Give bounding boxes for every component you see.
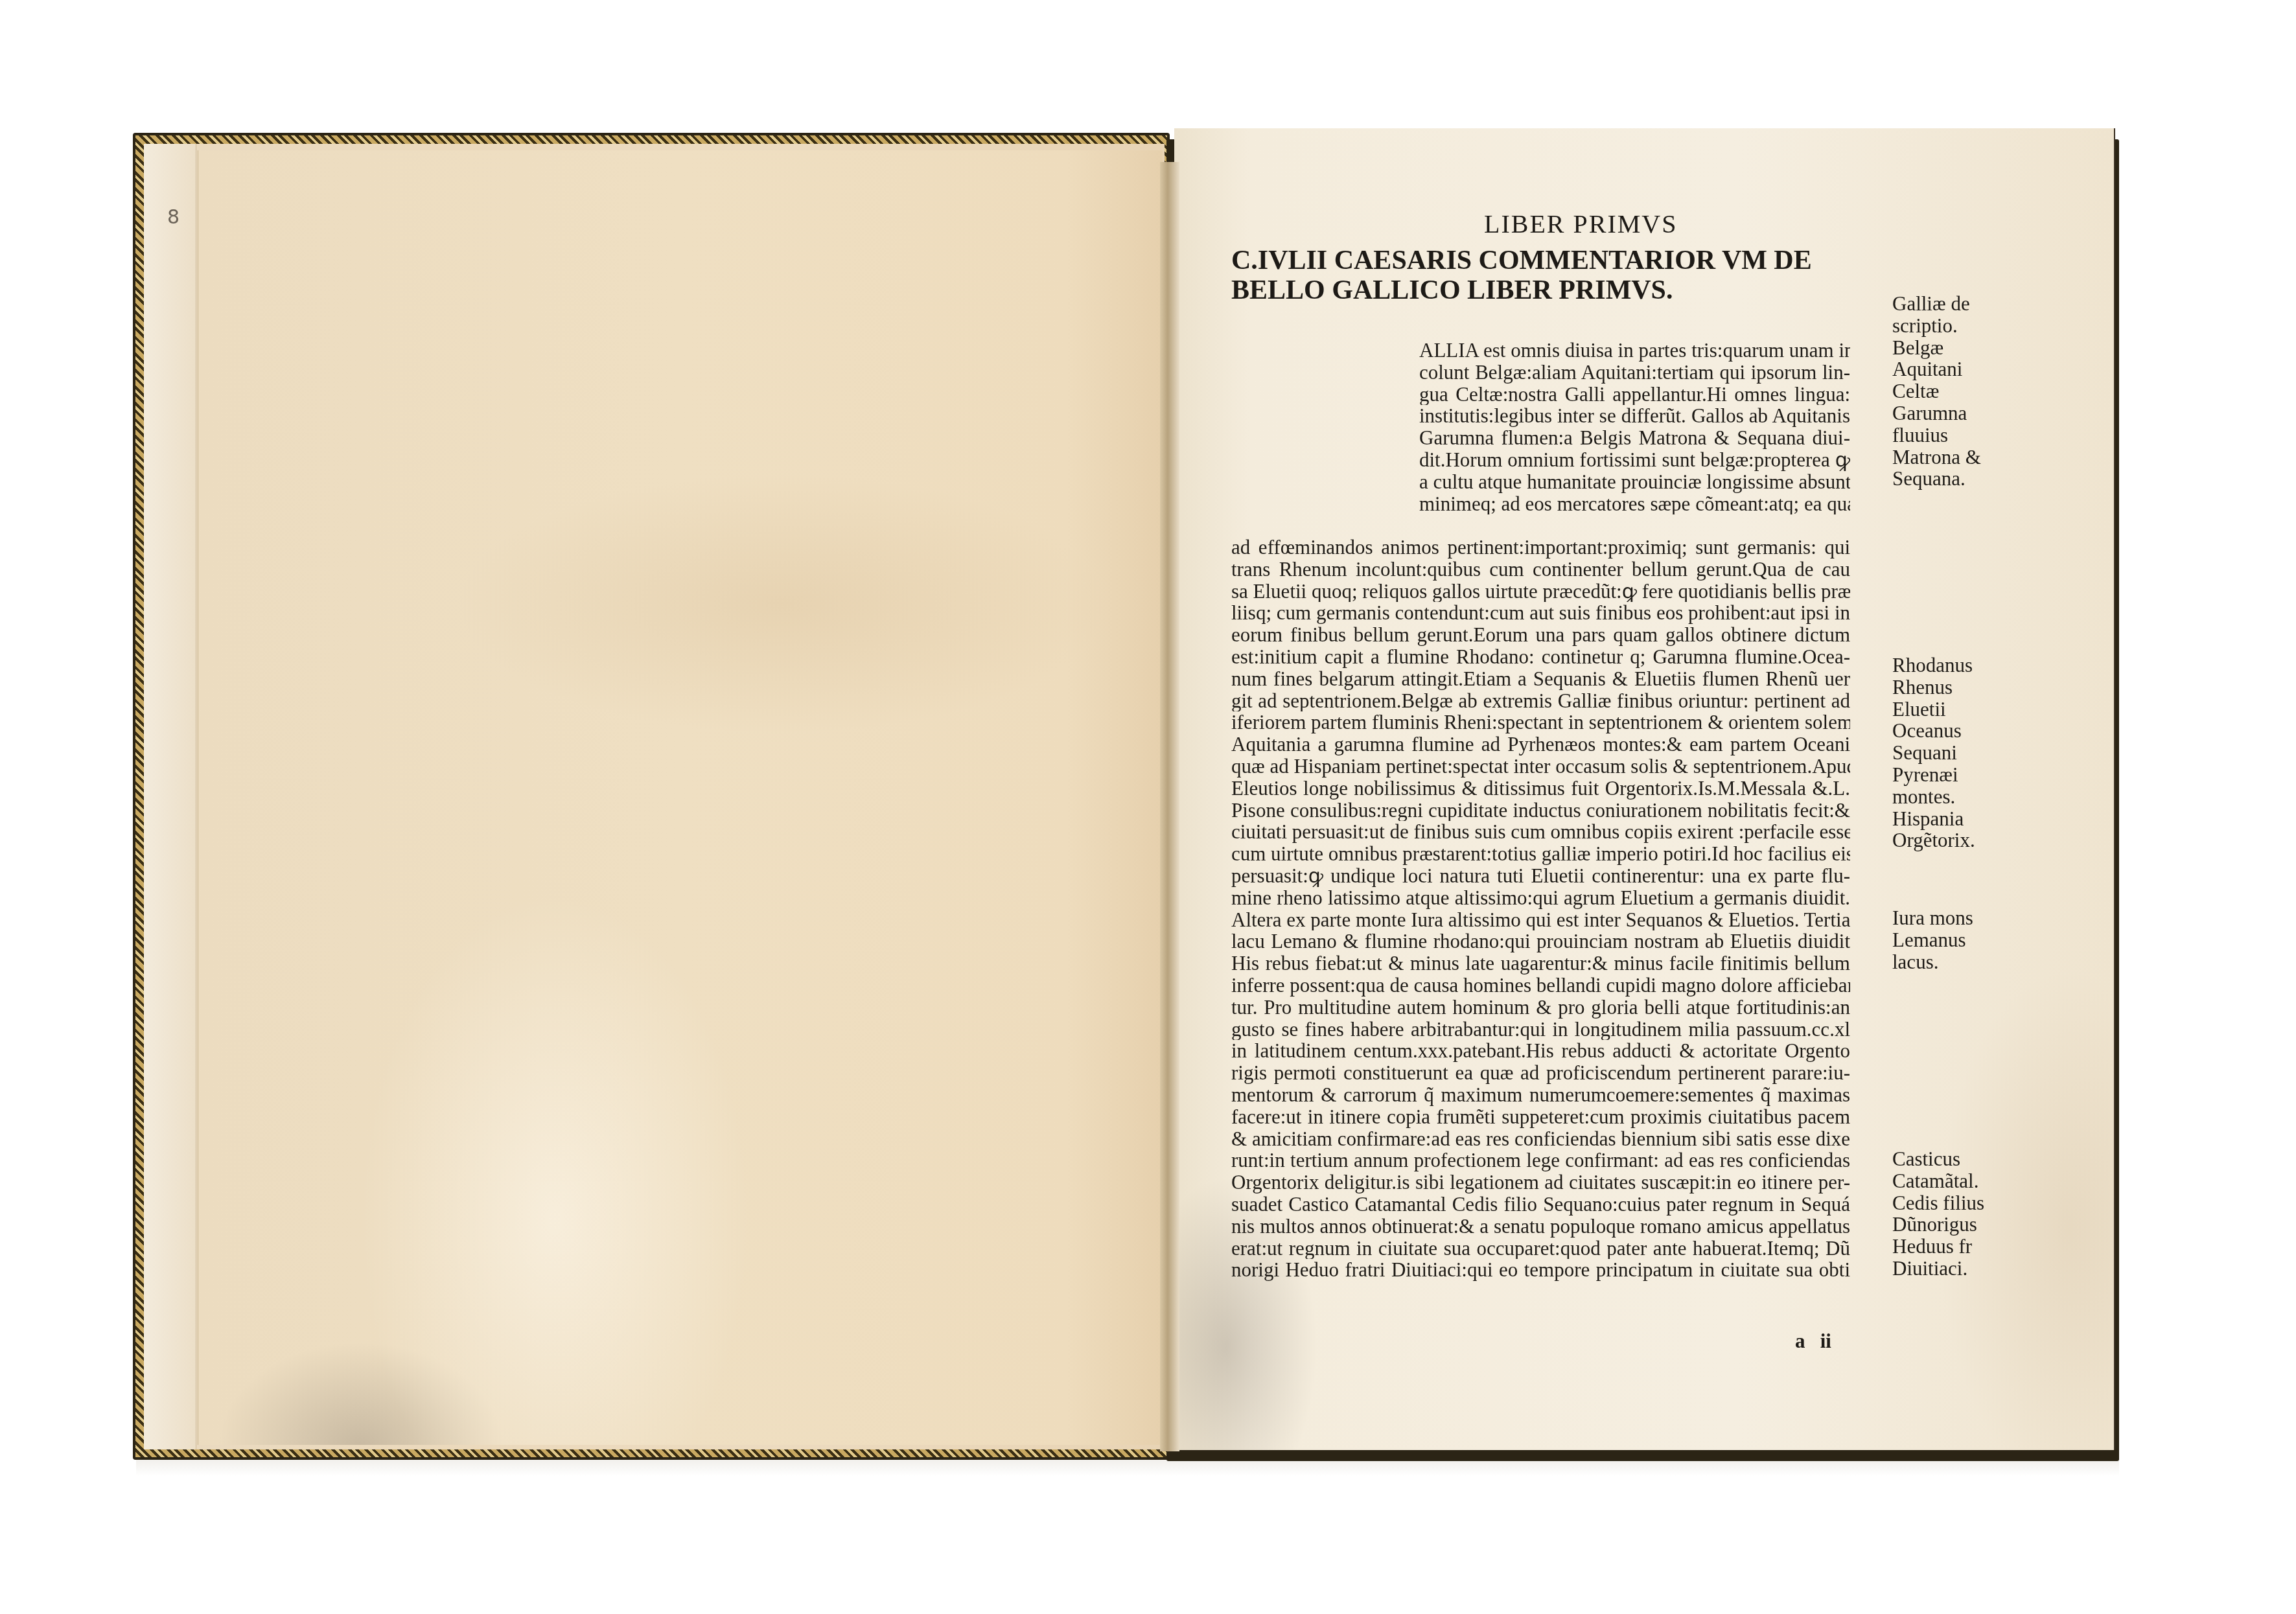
- marginal-note: scriptio.: [1892, 315, 1981, 337]
- text-line: runt:in tertium annum profectionem lege …: [1231, 1149, 1850, 1171]
- text-line: Aquitania a garumna flumine ad Pyrhenæos…: [1231, 733, 1850, 755]
- marginal-note: Lemanus: [1892, 929, 1973, 951]
- marginal-note: Celtæ: [1892, 380, 1981, 402]
- text-line: dit.Horum omnium fortissimi sunt belgæ:p…: [1419, 449, 1850, 471]
- text-line: est:initium capit a flumine Rhodano: con…: [1231, 646, 1850, 668]
- text-line: Orgentorix deligitur.is sibi legationem …: [1231, 1171, 1850, 1193]
- text-line: cum uirtute omnibus præstarent:totius ga…: [1231, 843, 1850, 865]
- text-line: institutis:legibus inter se differũt. Ga…: [1419, 405, 1850, 427]
- marginal-note: Belgæ: [1892, 337, 1981, 359]
- left-pastedown-edge: [144, 144, 196, 1449]
- marginal-note: Sequana.: [1892, 468, 1981, 490]
- text-block-2: ad effœminandos animos pertinent:importa…: [1231, 536, 1850, 1281]
- marginal-note: Hispania: [1892, 808, 1975, 830]
- marginal-note: Oceanus: [1892, 720, 1975, 742]
- text-line: gusto se fines habere arbitrabantur:qui …: [1231, 1019, 1850, 1041]
- text-line: trans Rhenum incolunt:quibus cum contine…: [1231, 559, 1850, 581]
- text-line: lacu Lemano & flumine rhodano:qui prouin…: [1231, 930, 1850, 952]
- text-line: gua Celtæ:nostra Galli appellantur.Hi om…: [1419, 384, 1850, 406]
- text-line: Garumna flumen:a Belgis Matrona & Sequan…: [1419, 427, 1850, 449]
- initial-guide-space: [1231, 343, 1406, 531]
- text-line: suadet Castico Catamantal Cedis filio Se…: [1231, 1193, 1850, 1216]
- signature-mark: a ii: [1795, 1330, 1831, 1353]
- text-line: Eleutios longe nobilissimus & ditissimus…: [1231, 778, 1850, 800]
- marginal-note: Diuitiaci.: [1892, 1258, 1984, 1280]
- marginal-notes-group-3: Iura mons Lemanus lacus.: [1892, 907, 1973, 973]
- text-line: sa Eluetii quoq; reliquos gallos uirtute…: [1231, 581, 1850, 603]
- marginal-note: Dũnorigus: [1892, 1214, 1984, 1236]
- marginal-notes-group-4: Casticus Catamãtal. Cedis filius Dũnorig…: [1892, 1148, 1984, 1280]
- text-line: norigi Heduo fratri Diuitiaci:qui eo tem…: [1231, 1259, 1850, 1281]
- text-line: git ad septentrionem.Belgæ ab extremis G…: [1231, 690, 1850, 712]
- marginal-note: Rhodanus: [1892, 654, 1975, 676]
- marginal-note: Galliæ de: [1892, 293, 1981, 315]
- marginal-note: lacus.: [1892, 951, 1973, 973]
- text-line: liisq; cum germanis contendunt:cum aut s…: [1231, 602, 1850, 624]
- running-head: LIBER PRIMVS: [1484, 209, 1678, 239]
- marginal-note: Rhenus: [1892, 676, 1975, 698]
- marginal-note: Sequani: [1892, 742, 1975, 764]
- text-line: mine rheno latissimo atque altissimo:qui…: [1231, 887, 1850, 909]
- text-line: ad effœminandos animos pertinent:importa…: [1231, 536, 1850, 559]
- text-line: num fines belgarum attingit.Etiam a Sequ…: [1231, 668, 1850, 690]
- text-line: facere:ut in itinere copia frumẽti suppe…: [1231, 1106, 1850, 1128]
- text-line: minimeq; ad eos mercatores sæpe cõmeant:…: [1419, 493, 1850, 515]
- text-line: nis multos annos obtinuerat:& a senatu p…: [1231, 1216, 1850, 1238]
- text-line: inferre possent:qua de causa homines bel…: [1231, 974, 1850, 997]
- marginal-note: Casticus: [1892, 1148, 1984, 1170]
- marginal-note: Orgẽtorix.: [1892, 829, 1975, 851]
- marginal-note: Iura mons: [1892, 907, 1973, 929]
- text-line: colunt Belgæ:aliam Aquitani:tertiam qui …: [1419, 362, 1850, 384]
- marginal-note: Catamãtal.: [1892, 1170, 1984, 1192]
- text-line: mentorum & carrorum q̃ maximum numerumco…: [1231, 1084, 1850, 1106]
- text-line: quæ ad Hispaniam pertinet:spectat inter …: [1231, 755, 1850, 778]
- marginal-notes-group-2: Rhodanus Rhenus Eluetii Oceanus Sequani …: [1892, 654, 1975, 851]
- marginal-note: Matrona &: [1892, 446, 1981, 468]
- text-line: persuasit:ꝙ undique loci natura tuti Elu…: [1231, 865, 1850, 887]
- text-line: eorum finibus bellum gerunt.Eorum una pa…: [1231, 624, 1850, 646]
- marginal-note: Cedis filius: [1892, 1192, 1984, 1214]
- marginal-note: montes.: [1892, 786, 1975, 808]
- marginal-note: Heduus fr: [1892, 1236, 1984, 1258]
- marginal-note: fluuius: [1892, 424, 1981, 446]
- text-line: rigis permoti constituerunt ea quæ ad pr…: [1231, 1062, 1850, 1084]
- text-line: erat:ut regnum in ciuitate sua occuparet…: [1231, 1238, 1850, 1260]
- text-line: a cultu atque humanitate prouinciæ longi…: [1419, 471, 1850, 493]
- marginal-note: Pyrenæi: [1892, 764, 1975, 786]
- marginal-note: Garumna: [1892, 402, 1981, 424]
- text-line: Pisone consulibus:regni cupiditate induc…: [1231, 800, 1850, 822]
- left-blank-leaf[interactable]: [198, 150, 1163, 1445]
- pencil-shelfmark: 8: [167, 206, 180, 229]
- text-block-1: ALLIA est omnis diuisa in partes tris:qu…: [1419, 340, 1850, 514]
- marginal-note: Aquitani: [1892, 358, 1981, 380]
- text-line: tur. Pro multitudine autem hominum & pro…: [1231, 997, 1850, 1019]
- text-line: ciuitati persuasit:ut de finibus suis cu…: [1231, 821, 1850, 843]
- marginal-notes-group-1: Galliæ de scriptio. Belgæ Aquitani Celtæ…: [1892, 293, 1981, 490]
- marginal-note: Eluetii: [1892, 698, 1975, 721]
- text-line: ALLIA est omnis diuisa in partes tris:qu…: [1419, 340, 1850, 362]
- text-line: Altera ex parte monte Iura altissimo qui…: [1231, 909, 1850, 931]
- text-line: & amicitiam confirmare:ad eas res confic…: [1231, 1128, 1850, 1150]
- text-line: in latitudinem centum.xxx.patebant.His r…: [1231, 1040, 1850, 1062]
- spine-gutter: [1160, 162, 1179, 1451]
- text-line: iferiorem partem fluminis Rheni:spectant…: [1231, 711, 1850, 733]
- text-line: His rebus fiebat:ut & minus late uagaren…: [1231, 952, 1850, 974]
- title-line-2: BELLO GALLICO LIBER PRIMVS.: [1231, 275, 1673, 306]
- title-line-1: C.IVLII CAESARIS COMMENTARIOR VM DE: [1231, 245, 1812, 276]
